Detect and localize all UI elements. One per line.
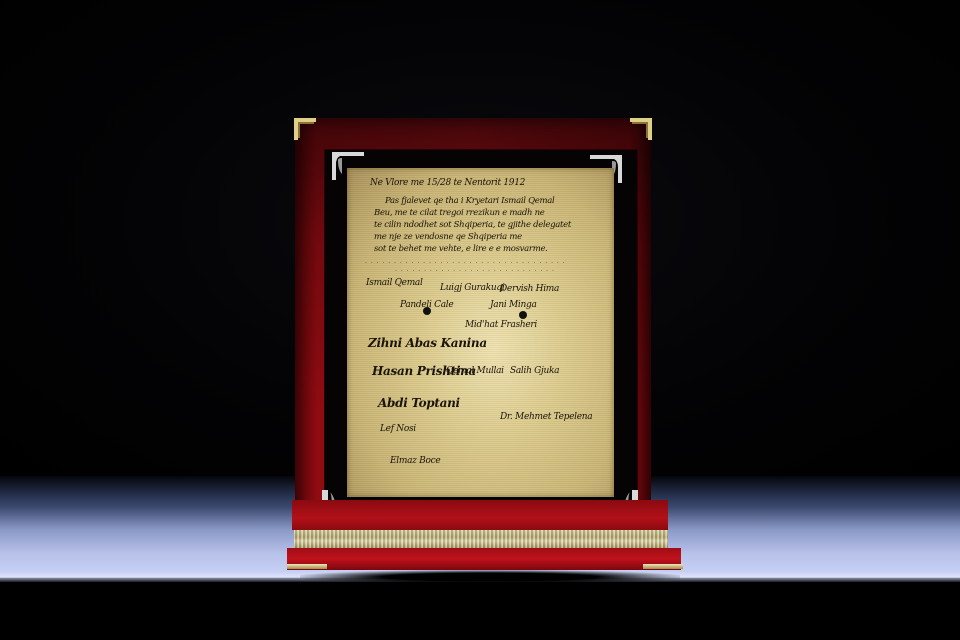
mounting-screw bbox=[423, 307, 431, 315]
plate-body-line: me nje ze vendosne qe Shqiperia me bbox=[374, 232, 522, 242]
signature: Elmaz Boce bbox=[390, 456, 440, 466]
signature: Zihni Abas Kanina bbox=[368, 336, 487, 350]
signature: Jani Minga bbox=[490, 300, 537, 310]
plate-small-script: . . . . . . . . . . . . . . . . . . . . … bbox=[395, 266, 555, 273]
signature: Dr. Mehmet Tepelena bbox=[500, 412, 592, 422]
signature: Dervish Hima bbox=[500, 284, 559, 294]
gold-glitter-band bbox=[294, 530, 668, 548]
signature: Abdi Toptani bbox=[378, 396, 460, 410]
plate-title: Ne Vlore me 15/28 te Nentorit 1912 bbox=[370, 178, 525, 188]
gold-foot bbox=[287, 564, 327, 569]
plate-small-script: . . . . . . . . . . . . . . . . . . . . … bbox=[365, 258, 566, 265]
gold-corner-icon bbox=[630, 118, 652, 140]
plate-body-line: te cilin ndodhet sot Shqiperia, te gjith… bbox=[374, 220, 571, 230]
plate-body-line: sot te behet me vehte, e lire e e mosvar… bbox=[374, 244, 548, 254]
velvet-base-bottom bbox=[287, 548, 681, 570]
gold-foot bbox=[643, 564, 683, 569]
plate-body-line: Pas fjalevet qe tha i Kryetari Ismail Qe… bbox=[385, 196, 554, 206]
mounting-screw bbox=[519, 311, 527, 319]
plaque-shadow bbox=[300, 570, 680, 584]
velvet-base-top bbox=[292, 500, 668, 530]
dark-foreground bbox=[0, 582, 960, 640]
plate-body-line: Beu, me te cilat tregoi rrezikun e madh … bbox=[374, 208, 545, 218]
signature: Luigj Gurakuqi bbox=[440, 283, 504, 293]
signature: Ismail Qemal bbox=[366, 278, 423, 288]
signature: Mid'hat Frasheri bbox=[465, 320, 537, 330]
signature: Qemal Mullai bbox=[446, 366, 504, 376]
photo-scene: Ne Vlore me 15/28 te Nentorit 1912 Pas f… bbox=[0, 0, 960, 640]
signature: Salih Gjuka bbox=[510, 366, 559, 376]
gold-corner-icon bbox=[294, 118, 316, 140]
signature: Lef Nosi bbox=[380, 424, 416, 434]
